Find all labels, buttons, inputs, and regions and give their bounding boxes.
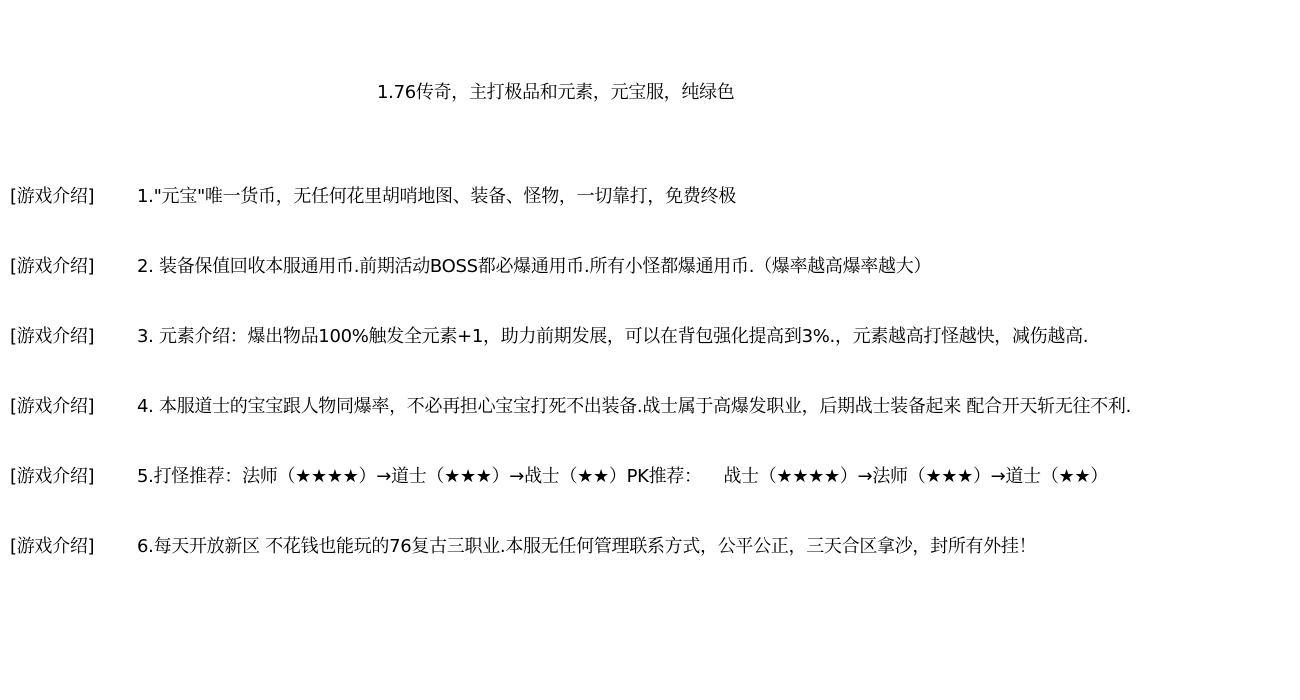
row-text: 2. 装备保值回收本服通用币.前期活动BOSS都必爆通用币.所有小怪都爆通用币.…	[137, 255, 931, 279]
page-title: 1.76传奇，主打极品和元素，元宝服，纯绿色	[377, 81, 734, 105]
row-text: 1."元宝"唯一货币，无任何花里胡哨地图、装备、怪物，一切靠打，免费终极	[137, 185, 736, 209]
row-label: [游戏介绍]	[10, 465, 94, 489]
row-text: 5.打怪推荐：法师（★★★★）→道士（★★★）→战士（★★）PK推荐： 战士（★…	[137, 465, 1108, 489]
row-text: 3. 元素介绍：爆出物品100%触发全元素+1，助力前期发展，可以在背包强化提高…	[137, 325, 1088, 349]
row-label: [游戏介绍]	[10, 185, 94, 209]
row-label: [游戏介绍]	[10, 255, 94, 279]
row-label: [游戏介绍]	[10, 535, 94, 559]
row-text: 4. 本服道士的宝宝跟人物同爆率，不必再担心宝宝打死不出装备.战士属于高爆发职业…	[137, 395, 1131, 419]
row-label: [游戏介绍]	[10, 395, 94, 419]
row-text: 6.每天开放新区 不花钱也能玩的76复古三职业.本服无任何管理联系方式，公平公正…	[137, 535, 1036, 559]
row-label: [游戏介绍]	[10, 325, 94, 349]
